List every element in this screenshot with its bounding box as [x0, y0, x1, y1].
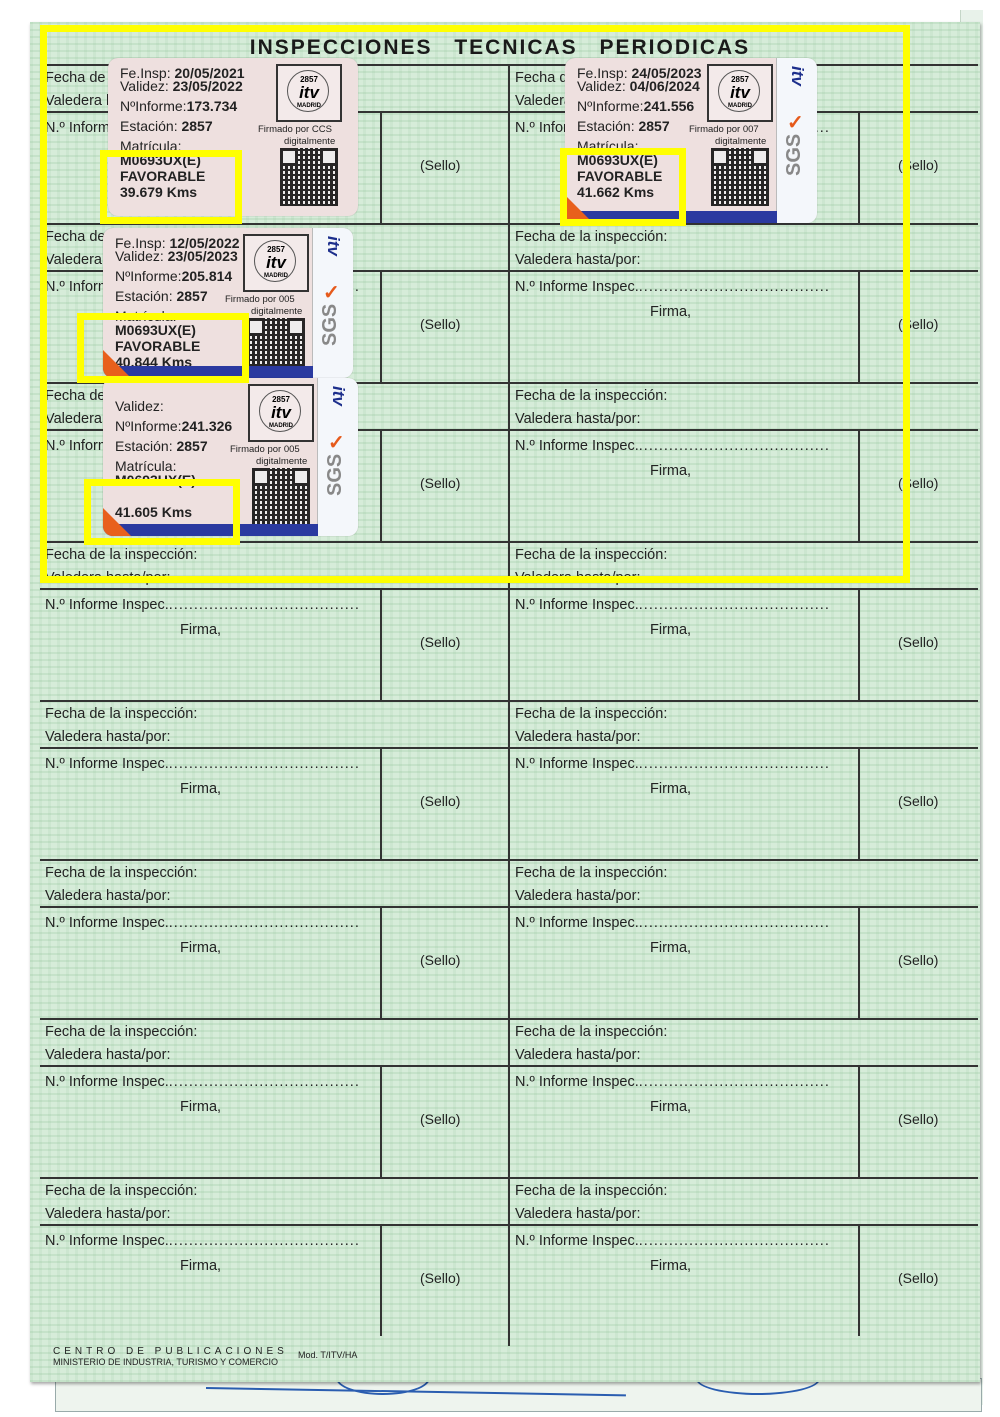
informe-label: N.º Informe Inspec.	[515, 1233, 830, 1249]
divider	[40, 1224, 508, 1226]
sello-label: (Sello)	[898, 793, 938, 809]
informe-label: N.º Informe Inspec.	[45, 756, 360, 772]
sello-label: (Sello)	[420, 1270, 460, 1286]
divider	[510, 747, 978, 749]
fecha-label: Fecha de la inspección:	[45, 1183, 197, 1199]
divider	[40, 1018, 508, 1020]
divider	[380, 1226, 382, 1336]
sello-label: (Sello)	[898, 952, 938, 968]
informe-label: N.º Informe Inspec.	[45, 1074, 360, 1090]
valedera-label: Valedera hasta/por:	[515, 1047, 640, 1063]
valedera-label: Valedera hasta/por:	[45, 1206, 170, 1222]
inspection-block: Fecha de la inspección: Valedera hasta/p…	[510, 859, 978, 1018]
divider	[40, 906, 508, 908]
divider	[40, 859, 508, 861]
highlight-km-4	[84, 479, 240, 545]
sello-label: (Sello)	[420, 634, 460, 650]
fecha-label: Fecha de la inspección:	[45, 865, 197, 881]
divider	[380, 1067, 382, 1177]
divider	[858, 1067, 860, 1177]
informe-label: N.º Informe Inspec.	[45, 597, 360, 613]
sello-label: (Sello)	[898, 1111, 938, 1127]
divider	[858, 590, 860, 700]
firma-label: Firma,	[180, 781, 221, 797]
firma-label: Firma,	[650, 622, 691, 638]
divider	[858, 749, 860, 859]
informe-label: N.º Informe Inspec.	[515, 1074, 830, 1090]
valedera-label: Valedera hasta/por:	[45, 1047, 170, 1063]
divider	[510, 1224, 978, 1226]
highlight-km-1	[100, 150, 242, 224]
highlight-km-3	[77, 313, 249, 383]
divider	[510, 1018, 978, 1020]
divider	[380, 908, 382, 1018]
underlying-page-strip	[55, 1378, 982, 1412]
firma-label: Firma,	[180, 940, 221, 956]
informe-label: N.º Informe Inspec.	[515, 597, 830, 613]
inspection-block: Fecha de la inspección: Valedera hasta/p…	[40, 1177, 508, 1336]
inspection-block: Fecha de la inspección: Valedera hasta/p…	[510, 1177, 978, 1336]
valedera-label: Valedera hasta/por:	[515, 888, 640, 904]
valedera-label: Valedera hasta/por:	[45, 888, 170, 904]
firma-label: Firma,	[180, 1258, 221, 1274]
informe-label: N.º Informe Inspec.	[45, 1233, 360, 1249]
inspection-block: Fecha de la inspección: Valedera hasta/p…	[510, 1018, 978, 1177]
divider	[510, 1065, 978, 1067]
fecha-label: Fecha de la inspección:	[45, 1024, 197, 1040]
divider	[510, 859, 978, 861]
valedera-label: Valedera hasta/por:	[45, 729, 170, 745]
firma-label: Firma,	[650, 1099, 691, 1115]
sello-label: (Sello)	[420, 952, 460, 968]
divider	[510, 1177, 978, 1179]
divider	[40, 700, 508, 702]
divider	[510, 588, 978, 590]
informe-label: N.º Informe Inspec.	[45, 915, 360, 931]
divider	[380, 749, 382, 859]
fecha-label: Fecha de la inspección:	[515, 1183, 667, 1199]
firma-label: Firma,	[180, 1099, 221, 1115]
inspection-block: Fecha de la inspección: Valedera hasta/p…	[40, 1018, 508, 1177]
divider	[380, 590, 382, 700]
fecha-label: Fecha de la inspección:	[515, 1024, 667, 1040]
fecha-label: Fecha de la inspección:	[515, 865, 667, 881]
firma-label: Firma,	[180, 622, 221, 638]
inspection-block: Fecha de la inspección: Valedera hasta/p…	[510, 700, 978, 859]
divider	[40, 588, 508, 590]
informe-label: N.º Informe Inspec.	[515, 915, 830, 931]
divider	[510, 700, 978, 702]
footer-model: Mod. T/ITV/HA	[298, 1350, 357, 1360]
sello-label: (Sello)	[420, 793, 460, 809]
divider	[858, 908, 860, 1018]
firma-label: Firma,	[650, 781, 691, 797]
divider	[40, 1065, 508, 1067]
inspection-block: Fecha de la inspección: Valedera hasta/p…	[40, 700, 508, 859]
firma-label: Firma,	[650, 940, 691, 956]
divider	[40, 747, 508, 749]
firma-label: Firma,	[650, 1258, 691, 1274]
inspection-block: Fecha de la inspección: Valedera hasta/p…	[40, 859, 508, 1018]
divider	[40, 1177, 508, 1179]
sello-label: (Sello)	[898, 1270, 938, 1286]
divider	[858, 1226, 860, 1336]
sello-label: (Sello)	[420, 1111, 460, 1127]
footer-ministry: MINISTERIO DE INDUSTRIA, TURISMO Y COMER…	[53, 1357, 278, 1367]
fecha-label: Fecha de la inspección:	[45, 706, 197, 722]
footer-publisher: CENTRO DE PUBLICACIONES	[53, 1346, 288, 1357]
valedera-label: Valedera hasta/por:	[515, 729, 640, 745]
sello-label: (Sello)	[898, 634, 938, 650]
fecha-label: Fecha de la inspección:	[515, 706, 667, 722]
valedera-label: Valedera hasta/por:	[515, 1206, 640, 1222]
highlight-km-2	[560, 148, 686, 226]
informe-label: N.º Informe Inspec.	[515, 756, 830, 772]
divider	[510, 906, 978, 908]
